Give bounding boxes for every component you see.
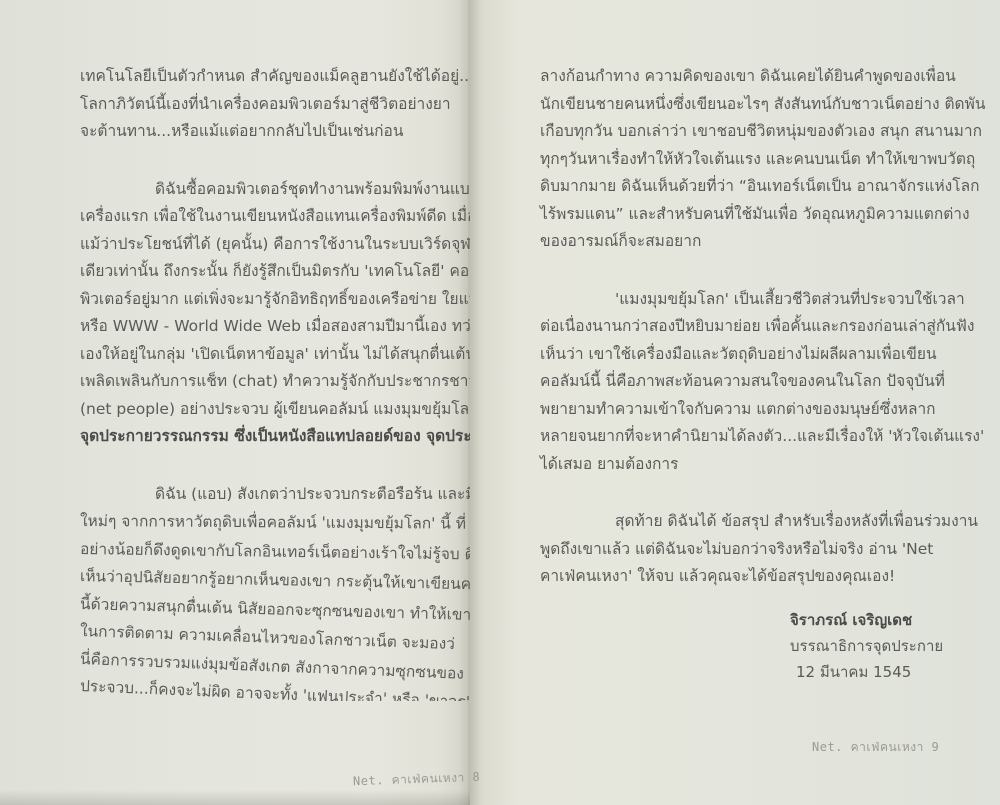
right-paragraph-1: ลางก้อนกำทาง ความคิดของเขา ดิฉันเคยได้ยิ… bbox=[540, 63, 970, 256]
text-line: หลายจนยากที่จะหาคำนิยามได้ลงตัว...และมีเ… bbox=[540, 423, 970, 451]
text-line: ได้เสมอ ยามต้องการ bbox=[540, 451, 970, 479]
text-line: คาเฟ่คนเหงา' ให้จบ แล้วคุณจะได้ข้อสรุปขอ… bbox=[540, 563, 970, 591]
text-line: เพลิดเพลินกับการแช็ท (chat) ทำความรู้จัก… bbox=[80, 368, 470, 396]
text-line: เองให้อยู่ในกลุ่ม 'เปิดเน็ตหาข้อมูล' เท่… bbox=[80, 341, 470, 369]
right-paragraph-3: สุดท้าย ดิฉันได้ ข้อสรุป สำหรับเรื่องหลั… bbox=[540, 508, 970, 591]
text-line: 'แมงมุมขยุ้มโลก' เป็นเสี้ยวชีวิตส่วนที่ป… bbox=[540, 286, 970, 314]
text-line: เทคโนโลยีเป็นตัวกำหนด สำคัญของแม็คลูฮานย… bbox=[80, 63, 470, 91]
left-paragraph-2: ดิฉันซื้อคอมพิวเตอร์ชุดทำงานพร้อมพิมพ์งา… bbox=[80, 176, 470, 451]
author-title: บรรณาธิการจุดประกาย bbox=[790, 633, 943, 659]
signature-block: จิราภรณ์ เจริญเดช บรรณาธิการจุดประกาย 12… bbox=[790, 607, 943, 685]
text-line: ใหม่ๆ จากการหาวัตถุดิบเพื่อคอลัมน์ 'แมงม… bbox=[80, 508, 470, 538]
text-line: เห็นว่า เขาใช้เครื่องมือและวัตถุดิบอย่าง… bbox=[540, 341, 970, 369]
left-paragraph-3: ดิฉัน (แอบ) สังเกตว่าประจวบกระตือรือร้น … bbox=[80, 481, 470, 701]
text-line: ดิฉัน (แอบ) สังเกตว่าประจวบกระตือรือร้น … bbox=[80, 481, 470, 509]
text-line: ทุกๆวันหาเรื่องทำให้หัวใจเต้นแรง และคนบน… bbox=[540, 146, 970, 174]
left-paragraph-1: เทคโนโลยีเป็นตัวกำหนด สำคัญของแม็คลูฮานย… bbox=[80, 63, 470, 146]
text-line: ต่อเนื่องนานกว่าสองปีหยิบมาย่อย เพื่อคั้… bbox=[540, 313, 970, 341]
text-line: ดิฉันซื้อคอมพิวเตอร์ชุดทำงานพร้อมพิมพ์งา… bbox=[80, 176, 470, 204]
text-line: ไร้พรมแดน” และสำหรับคนที่ใช้มันเพื่อ วัด… bbox=[540, 201, 970, 229]
text-line: เดียวเท่านั้น ถึงกระนั้น ก็ยังรู้สึกเป็น… bbox=[80, 258, 470, 286]
text-line: เกือบทุกวัน บอกเล่าว่า เขาชอบชีวิตหนุ่มข… bbox=[540, 118, 970, 146]
text-line: แม้ว่าประโยชน์ที่ได้ (ยุคนั้น) คือการใช้… bbox=[80, 231, 470, 259]
text-line: (net people) อย่างประจวบ ผู้เขียนคอลัมน์… bbox=[80, 396, 470, 424]
page-edge-shadow bbox=[0, 790, 470, 805]
text-line: นักเขียนชายคนหนึ่งซึ่งเขียนอะไรๆ สังสันท… bbox=[540, 91, 970, 119]
text-line: พูดถึงเขาแล้ว แต่ดิฉันจะไม่บอกว่าจริงหรื… bbox=[540, 536, 970, 564]
author-name: จิราภรณ์ เจริญเดช bbox=[790, 607, 943, 633]
right-paragraph-2: 'แมงมุมขยุ้มโลก' เป็นเสี้ยวชีวิตส่วนที่ป… bbox=[540, 286, 970, 479]
right-page-footer: Net. คาเฟ่คนเหงา 9 bbox=[812, 738, 939, 757]
text-line: ดิบมากมาย ดิฉันเห็นด้วยที่ว่า “อินเทอร์เ… bbox=[540, 173, 970, 201]
text-line: พยายามทำความเข้าใจกับความ แตกต่างของมนุษ… bbox=[540, 396, 970, 424]
text-line: สุดท้าย ดิฉันได้ ข้อสรุป สำหรับเรื่องหลั… bbox=[540, 508, 970, 536]
text-line: พิวเตอร์อยู่มาก แต่เพิ่งจะมารู้จักอิทธิฤ… bbox=[80, 286, 470, 314]
text-line: ของอารมณ์ก็จะสมอยาก bbox=[540, 228, 970, 256]
right-page-text: ลางก้อนกำทาง ความคิดของเขา ดิฉันเคยได้ยิ… bbox=[540, 63, 970, 591]
text-line: จุดประกายวรรณกรรม ซึ่งเป็นหนังสือแทปลอยด… bbox=[80, 423, 470, 451]
text-line: หรือ WWW - World Wide Web เมื่อสองสามปีม… bbox=[80, 313, 470, 341]
signature-date: 12 มีนาคม 1545 bbox=[790, 659, 943, 685]
left-page-text: เทคโนโลยีเป็นตัวกำหนด สำคัญของแม็คลูฮานย… bbox=[80, 63, 470, 701]
text-line: จะต้านทาน...หรือแม้แต่อยากกลับไปเป็นเช่น… bbox=[80, 118, 470, 146]
text-line: เครื่องแรก เพื่อใช้ในงานเขียนหนังสือแทนเ… bbox=[80, 203, 470, 231]
text-line: คอลัมน์นี้ นี่คือภาพสะท้อนความสนใจของคนใ… bbox=[540, 368, 970, 396]
text-line: โลกาภิวัตน์นี้เองที่นำเครื่องคอมพิวเตอร์… bbox=[80, 91, 470, 119]
text-line: ลางก้อนกำทาง ความคิดของเขา ดิฉันเคยได้ยิ… bbox=[540, 63, 970, 91]
open-book-spread: เทคโนโลยีเป็นตัวกำหนด สำคัญของแม็คลูฮานย… bbox=[0, 0, 1000, 805]
